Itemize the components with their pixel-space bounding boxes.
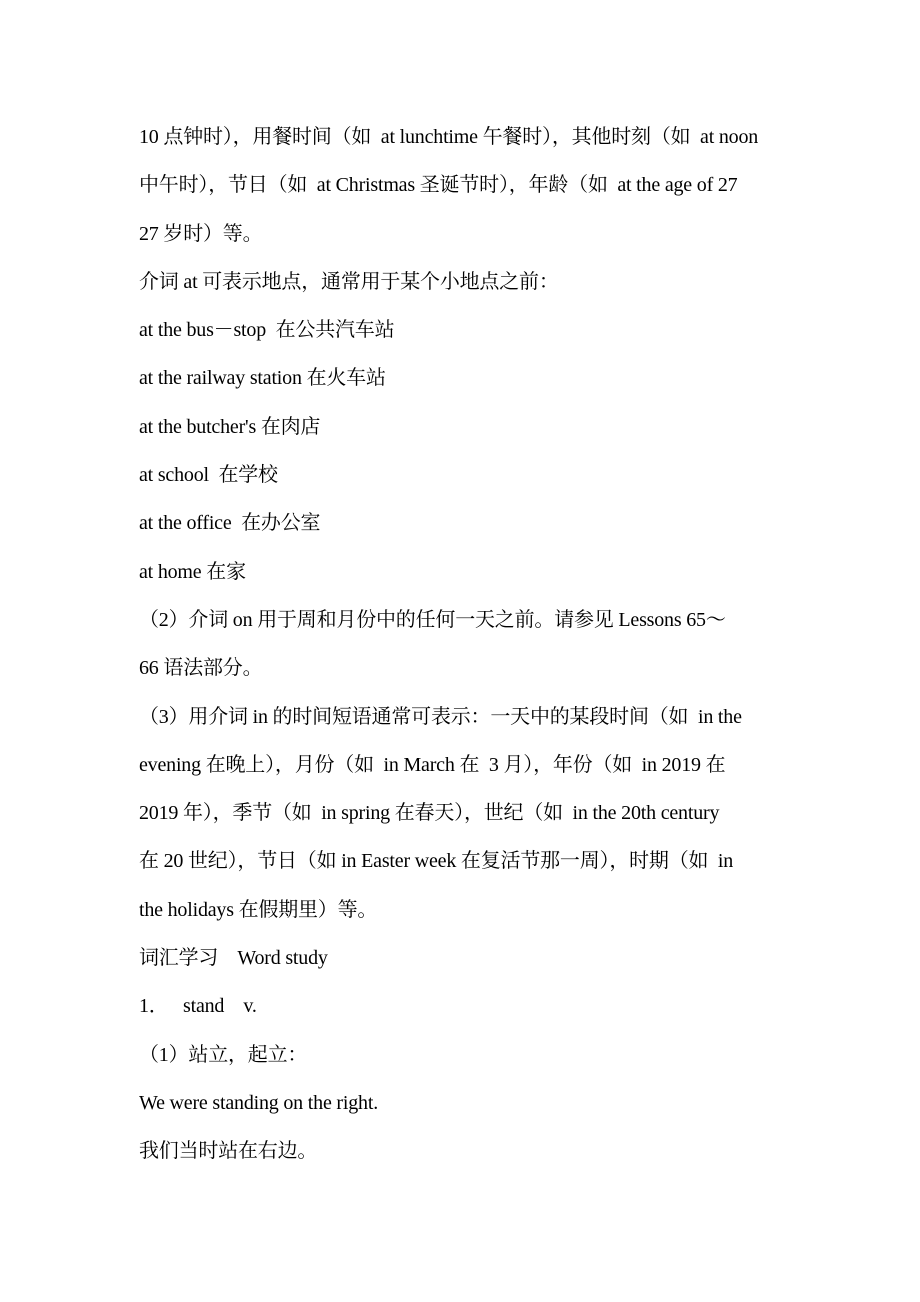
text-line-in-rule-cont-1: evening 在晚上），月份（如 in March 在 3 月），年份（如 i… [139, 741, 799, 789]
text-line-at-place-intro: 介词 at 可表示地点，通常用于某个小地点之前： [139, 258, 799, 306]
vocab-sense-1: （1）站立，起立： [139, 1031, 799, 1079]
text-line-time-examples: 10 点钟时），用餐时间（如 at lunchtime 午餐时），其他时刻（如 … [139, 113, 799, 161]
example-office: at the office 在办公室 [139, 499, 799, 547]
example-sentence-chinese: 我们当时站在右边。 [139, 1127, 799, 1175]
text-line-on-rule: （2）介词 on 用于周和月份中的任何一天之前。请参见 Lessons 65～ [139, 596, 799, 644]
text-line-in-rule-cont-2: 2019 年），季节（如 in spring 在春天），世纪（如 in the … [139, 789, 799, 837]
example-sentence-english: We were standing on the right. [139, 1079, 799, 1127]
example-school: at school 在学校 [139, 451, 799, 499]
document-page: 10 点钟时），用餐时间（如 at lunchtime 午餐时），其他时刻（如 … [139, 113, 799, 1176]
example-butchers: at the butcher's 在肉店 [139, 403, 799, 451]
text-line-in-rule: （3）用介词 in 的时间短语通常可表示：一天中的某段时间（如 in the [139, 693, 799, 741]
vocab-entry-stand: 1． stand v. [139, 982, 799, 1030]
example-bus-stop: at the bus－stop 在公共汽车站 [139, 306, 799, 354]
section-heading-word-study: 词汇学习 Word study [139, 934, 799, 982]
text-line-time-examples-cont: 中午时），节日（如 at Christmas 圣诞节时），年龄（如 at the… [139, 161, 799, 209]
text-line-age-example: 27 岁时）等。 [139, 210, 799, 258]
text-line-in-rule-cont-3: 在 20 世纪），节日（如 in Easter week 在复活节那一周），时期… [139, 837, 799, 885]
text-line-on-rule-cont: 66 语法部分。 [139, 644, 799, 692]
example-home: at home 在家 [139, 548, 799, 596]
text-line-in-rule-cont-4: the holidays 在假期里）等。 [139, 886, 799, 934]
example-railway-station: at the railway station 在火车站 [139, 354, 799, 402]
